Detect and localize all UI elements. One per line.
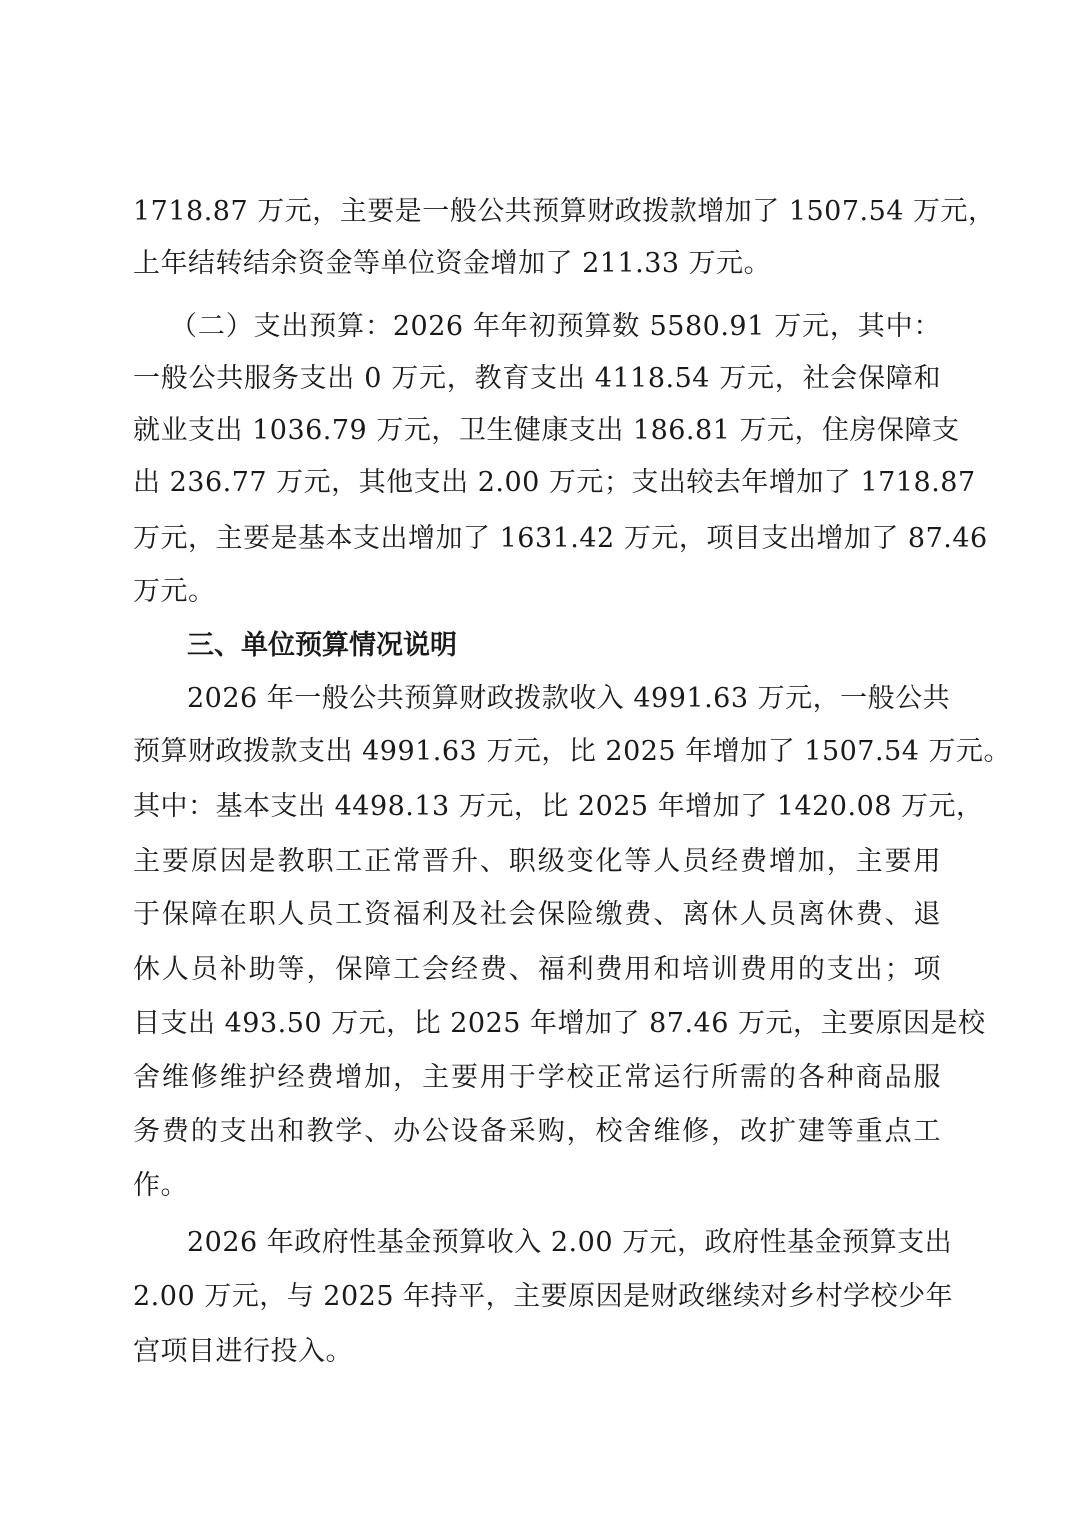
paragraph-line: 万元，主要是基本支出增加了 1631.42 万元，项目支出增加了 87.46 xyxy=(133,513,941,565)
paragraph-line: 作。 xyxy=(133,1160,941,1212)
paragraph-line: 上年结转结余资金等单位资金增加了 211.33 万元。 xyxy=(133,238,941,290)
paragraph-line: 休人员补助等，保障工会经费、福利费用和培训费用的支出；项 xyxy=(133,944,941,996)
paragraph-line: 出 236.77 万元，其他支出 2.00 万元；支出较去年增加了 1718.8… xyxy=(133,457,941,509)
paragraph-line: 宫项目进行投入。 xyxy=(133,1326,941,1378)
paragraph-line: 就业支出 1036.79 万元，卫生健康支出 186.81 万元，住房保障支 xyxy=(133,405,941,457)
paragraph-line: 预算财政拨款支出 4991.63 万元，比 2025 年增加了 1507.54 … xyxy=(133,726,941,778)
paragraph-line: 目支出 493.50 万元，比 2025 年增加了 87.46 万元，主要原因是… xyxy=(133,998,941,1050)
paragraph-line: 1718.87 万元，主要是一般公共预算财政拨款增加了 1507.54 万元， xyxy=(133,186,941,238)
section-heading: 三、单位预算情况说明 xyxy=(187,620,457,672)
paragraph-line: 2.00 万元，与 2025 年持平，主要原因是财政继续对乡村学校少年 xyxy=(133,1271,941,1323)
paragraph-line: 其中：基本支出 4498.13 万元，比 2025 年增加了 1420.08 万… xyxy=(133,781,941,833)
paragraph-line: （二）支出预算：2026 年年初预算数 5580.91 万元，其中： xyxy=(170,301,941,353)
paragraph-line: 万元。 xyxy=(133,566,941,618)
paragraph-line: 一般公共服务支出 0 万元，教育支出 4118.54 万元，社会保障和 xyxy=(133,353,941,405)
paragraph-line: 于保障在职人员工资福利及社会保险缴费、离休人员离休费、退 xyxy=(133,889,941,941)
paragraph-line: 2026 年政府性基金预算收入 2.00 万元，政府性基金预算支出 xyxy=(187,1217,941,1269)
paragraph-line: 2026 年一般公共预算财政拨款收入 4991.63 万元，一般公共 xyxy=(187,673,941,725)
paragraph-line: 务费的支出和教学、办公设备采购，校舍维修，改扩建等重点工 xyxy=(133,1106,941,1158)
paragraph-line: 舍维修维护经费增加，主要用于学校正常运行所需的各种商品服 xyxy=(133,1052,941,1104)
document-page: 1718.87 万元，主要是一般公共预算财政拨款增加了 1507.54 万元， … xyxy=(0,0,1074,1520)
paragraph-line: 主要原因是教职工正常晋升、职级变化等人员经费增加，主要用 xyxy=(133,836,941,888)
